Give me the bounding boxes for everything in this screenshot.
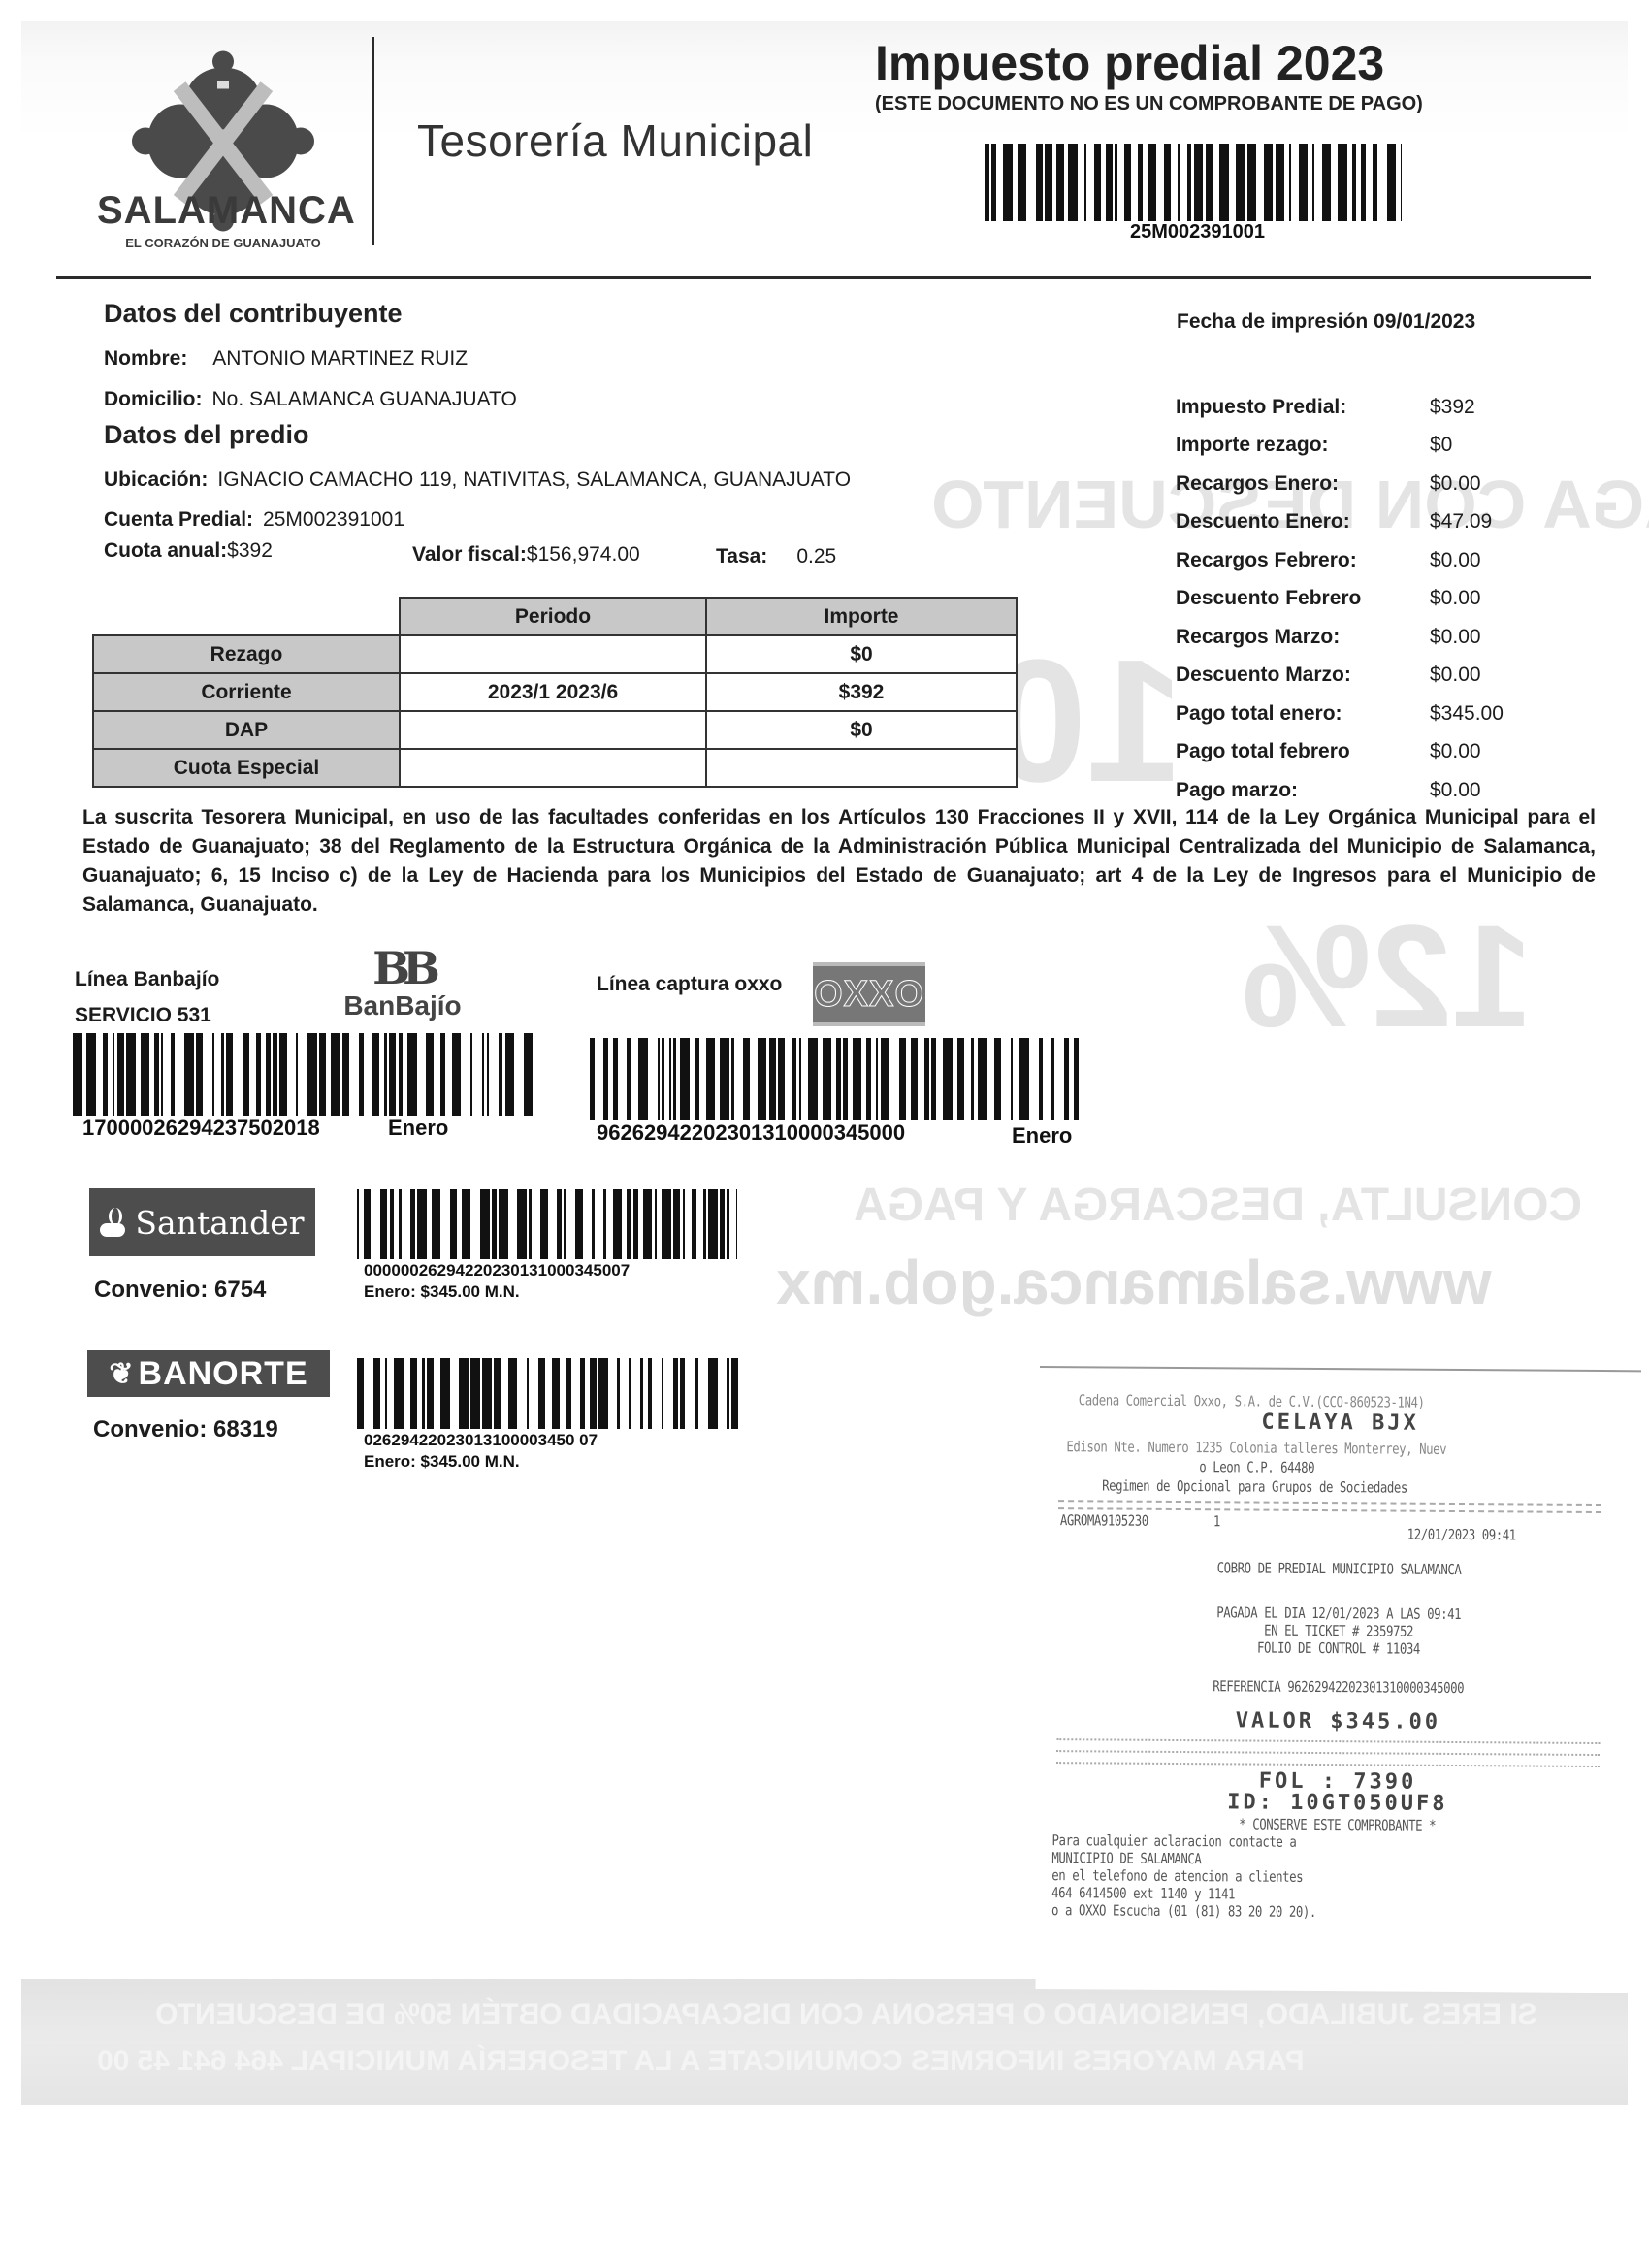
domicilio-value: No. SALAMANCA GUANAJUATO bbox=[212, 388, 517, 410]
row-periodo bbox=[400, 749, 706, 787]
row-importe: $0 bbox=[706, 635, 1017, 673]
receipt-concept: COBRO DE PREDIAL MUNICIPIO SALAMANCA bbox=[1092, 1558, 1586, 1579]
banbajio-reference: 17000026294237502018 bbox=[82, 1116, 320, 1141]
tasa-value: 0.25 bbox=[796, 545, 836, 567]
receipt-id: ID: 10GT050UF8 bbox=[1037, 1789, 1638, 1817]
valor-fiscal-value: $156,974.00 bbox=[527, 543, 640, 566]
row-concepto: Corriente bbox=[93, 673, 400, 711]
document-title: Impuesto predial 2023 bbox=[875, 35, 1384, 91]
summary-row: Recargos Marzo:$0.00 bbox=[1176, 618, 1503, 657]
charges-table: Periodo Importe Rezago$0Corriente2023/1 … bbox=[92, 597, 1018, 788]
account-barcode-number: 25M002391001 bbox=[1130, 221, 1265, 243]
banorte-amount: Enero: $345.00 M.N. bbox=[364, 1452, 520, 1472]
summary-label: Recargos Febrero: bbox=[1176, 549, 1430, 572]
summary-row: Descuento Marzo:$0.00 bbox=[1176, 657, 1503, 696]
receipt-contact-4: 464 6414500 ext 1140 y 1141 bbox=[1051, 1884, 1235, 1902]
banorte-convenio: Convenio: 68319 bbox=[93, 1416, 278, 1443]
summary-value: $0.00 bbox=[1430, 779, 1481, 802]
summary-label: Pago total enero: bbox=[1176, 702, 1430, 726]
summary-value: $0.00 bbox=[1430, 472, 1481, 496]
oxxo-month: Enero bbox=[1012, 1123, 1072, 1149]
santander-convenio: Convenio: 6754 bbox=[94, 1277, 266, 1304]
summary-label: Descuento Marzo: bbox=[1176, 664, 1430, 687]
nombre-field: Nombre: ANTONIO MARTINEZ RUIZ bbox=[104, 347, 468, 371]
summary-label: Recargos Marzo: bbox=[1176, 626, 1430, 649]
ubicacion-label: Ubicación: bbox=[104, 469, 208, 491]
summary-label: Importe rezago: bbox=[1176, 434, 1430, 457]
receipt-register: 1 bbox=[1213, 1512, 1220, 1530]
oxxo-label: Línea captura oxxo bbox=[597, 973, 782, 996]
document-disclaimer: (ESTE DOCUMENTO NO ES UN COMPROBANTE DE … bbox=[875, 93, 1423, 115]
watermark-band-line1: SI ERES JUBILADO, PENSIONADO O PERSONA C… bbox=[155, 1998, 1537, 2031]
receipt-contact-3: en el telefono de atencion a clientes bbox=[1051, 1866, 1303, 1886]
print-date: Fecha de impresión 09/01/2023 bbox=[1177, 310, 1475, 334]
santander-barcode bbox=[357, 1189, 738, 1259]
santander-reference: 00000026294220230131000345007 bbox=[364, 1261, 630, 1280]
banbajio-month: Enero bbox=[388, 1116, 448, 1141]
summary-row: Recargos Febrero:$0.00 bbox=[1176, 541, 1503, 580]
table-row: Cuota Especial bbox=[93, 749, 1017, 787]
section-contribuyente-title: Datos del contribuyente bbox=[104, 299, 403, 329]
summary-row: Pago total enero:$345.00 bbox=[1176, 695, 1503, 733]
municipality-slogan: EL CORAZÓN DE GUANAJUATO bbox=[97, 236, 349, 250]
ubicacion-field: Ubicación:IGNACIO CAMACHO 119, NATIVITAS… bbox=[104, 469, 851, 492]
valor-fiscal-label: Valor fiscal: bbox=[412, 543, 527, 566]
receipt-contact-2: MUNICIPIO DE SALAMANCA bbox=[1051, 1849, 1201, 1867]
row-importe bbox=[706, 749, 1017, 787]
banbajio-barcode bbox=[73, 1033, 533, 1116]
watermark-consulta: CONSULTA, DESCARGA Y PAGA bbox=[854, 1179, 1582, 1232]
receipt-value: VALOR $345.00 bbox=[1037, 1707, 1638, 1735]
receipt-store: CELAYA BJX bbox=[1040, 1409, 1641, 1437]
summary-row: Impuesto Predial:$392 bbox=[1176, 388, 1503, 427]
receipt-contact-5: o a OXXO Escucha (01 (81) 83 20 20 20). bbox=[1051, 1901, 1316, 1921]
summary-value: $0.00 bbox=[1430, 740, 1481, 763]
summary-value: $47.09 bbox=[1430, 510, 1492, 534]
receipt-contact-1: Para cualquier aclaracion contacte a bbox=[1052, 1831, 1297, 1851]
banorte-reference: 02629422023013100003450 07 bbox=[364, 1431, 598, 1450]
banbajio-logo-icon: BB BanBajío bbox=[330, 946, 475, 1021]
payment-summary: Impuesto Predial:$392Importe rezago:$0Re… bbox=[1176, 388, 1503, 810]
summary-label: Pago total febrero bbox=[1176, 740, 1430, 763]
row-concepto: Cuota Especial bbox=[93, 749, 400, 787]
domicilio-field: Domicilio:No. SALAMANCA GUANAJUATO bbox=[104, 388, 517, 411]
cuenta-value: 25M002391001 bbox=[263, 508, 404, 531]
header-importe: Importe bbox=[706, 598, 1017, 635]
summary-row: Importe rezago:$0 bbox=[1176, 427, 1503, 466]
receipt-folio-control: FOLIO DE CONTROL # 11034 bbox=[1092, 1637, 1586, 1659]
legal-text: La suscrita Tesorera Municipal, en uso d… bbox=[82, 803, 1596, 920]
cuenta-label: Cuenta Predial: bbox=[104, 508, 253, 531]
section-predio-title: Datos del predio bbox=[104, 420, 309, 450]
summary-row: Descuento Enero:$47.09 bbox=[1176, 503, 1503, 542]
table-row: Rezago$0 bbox=[93, 635, 1017, 673]
header-periodo: Periodo bbox=[400, 598, 706, 635]
row-periodo: 2023/1 2023/6 bbox=[400, 673, 706, 711]
tasa-label: Tasa: bbox=[716, 545, 767, 567]
summary-row: Recargos Enero:$0.00 bbox=[1176, 465, 1503, 503]
banorte-barcode bbox=[357, 1358, 738, 1429]
summary-value: $0.00 bbox=[1430, 626, 1481, 649]
row-concepto: Rezago bbox=[93, 635, 400, 673]
banbajio-service: SERVICIO 531 bbox=[75, 1004, 211, 1027]
summary-row: Descuento Febrero$0.00 bbox=[1176, 580, 1503, 619]
summary-label: Descuento Febrero bbox=[1176, 587, 1430, 610]
santander-logo-icon: Santander bbox=[89, 1188, 315, 1256]
domicilio-label: Domicilio: bbox=[104, 388, 203, 410]
summary-value: $392 bbox=[1430, 396, 1475, 419]
receipt-address-2: o Leon C.P. 64480 bbox=[1199, 1458, 1314, 1476]
cuota-field: Cuota anual:$392 bbox=[104, 539, 273, 563]
receipt-reference: REFERENCIA 96262942202301310000345000 bbox=[1091, 1676, 1585, 1698]
summary-label: Recargos Enero: bbox=[1176, 472, 1430, 496]
banorte-symbol-icon: ❦ bbox=[109, 1357, 134, 1391]
oxxo-barcode bbox=[590, 1038, 1080, 1120]
municipality-name: SALAMANCA bbox=[97, 189, 349, 233]
receipt-datetime: 12/01/2023 09:41 bbox=[1407, 1526, 1516, 1544]
summary-label: Descuento Enero: bbox=[1176, 510, 1430, 534]
nombre-label: Nombre: bbox=[104, 347, 187, 370]
banbajio-label: Línea Banbajío bbox=[75, 968, 219, 991]
ubicacion-value: IGNACIO CAMACHO 119, NATIVITAS, SALAMANC… bbox=[217, 469, 851, 491]
santander-flame-icon bbox=[100, 1208, 125, 1237]
table-row: Corriente2023/1 2023/6$392 bbox=[93, 673, 1017, 711]
watermark-web: www.salamanca.gob.mx bbox=[776, 1247, 1491, 1318]
tasa-field: Tasa:0.25 bbox=[716, 545, 836, 568]
summary-row: Pago total febrero$0.00 bbox=[1176, 733, 1503, 772]
oxxo-reference: 96262942202301310000345000 bbox=[597, 1120, 905, 1146]
oxxo-payment-receipt: Cadena Comercial Oxxo, S.A. de C.V.(CCO-… bbox=[1036, 1366, 1641, 1993]
cuota-label: Cuota anual: bbox=[104, 539, 227, 562]
nombre-value: ANTONIO MARTINEZ RUIZ bbox=[212, 347, 468, 370]
watermark-band-line2: PARA MAYORES INFORMES COMUNICATE A LA TE… bbox=[97, 2045, 1305, 2078]
valor-fiscal-field: Valor fiscal:$156,974.00 bbox=[412, 543, 640, 567]
cuenta-field: Cuenta Predial:25M002391001 bbox=[104, 508, 404, 532]
table-row: DAP$0 bbox=[93, 711, 1017, 749]
banorte-logo-icon: ❦ BANORTE bbox=[87, 1350, 330, 1397]
department-name: Tesorería Municipal bbox=[417, 114, 813, 167]
cuota-value: $392 bbox=[227, 539, 273, 562]
row-importe: $392 bbox=[706, 673, 1017, 711]
summary-value: $0.00 bbox=[1430, 664, 1481, 687]
account-barcode bbox=[985, 144, 1402, 221]
row-importe: $0 bbox=[706, 711, 1017, 749]
summary-label: Pago marzo: bbox=[1176, 779, 1430, 802]
receipt-address: Edison Nte. Numero 1235 Colonia talleres… bbox=[1066, 1438, 1446, 1458]
summary-value: $0.00 bbox=[1430, 587, 1481, 610]
receipt-cashier: AGROMA9105230 bbox=[1060, 1511, 1148, 1530]
oxxo-logo-icon: OXXO bbox=[813, 962, 925, 1026]
summary-value: $0.00 bbox=[1430, 549, 1481, 572]
header-rule bbox=[56, 276, 1591, 279]
row-concepto: DAP bbox=[93, 711, 400, 749]
receipt-regimen: Regimen de Opcional para Grupos de Socie… bbox=[1102, 1476, 1407, 1496]
summary-label: Impuesto Predial: bbox=[1176, 396, 1430, 419]
santander-amount: Enero: $345.00 M.N. bbox=[364, 1282, 520, 1302]
row-periodo bbox=[400, 711, 706, 749]
summary-value: $345.00 bbox=[1430, 702, 1503, 726]
summary-value: $0 bbox=[1430, 434, 1452, 457]
row-periodo bbox=[400, 635, 706, 673]
header-divider bbox=[372, 37, 374, 245]
